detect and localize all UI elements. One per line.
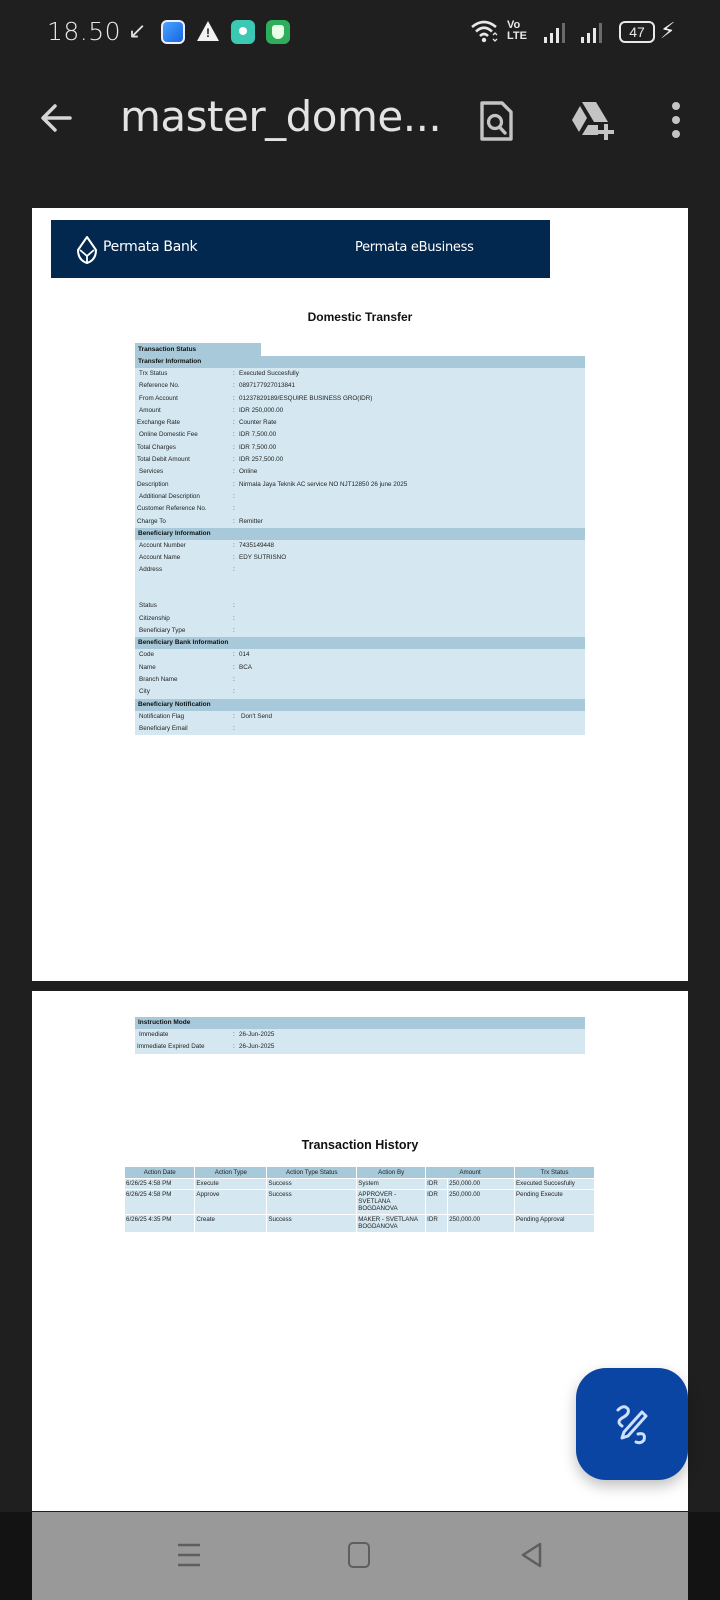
row-value: IDR 257,500.00 bbox=[239, 454, 283, 466]
section-header: Instruction Mode bbox=[135, 1017, 585, 1029]
nav-bar-edge bbox=[0, 1512, 32, 1600]
table-row: 6/26/25 4:58 PM Approve Success APPROVER… bbox=[125, 1189, 595, 1214]
info-row: Notification Flag:Don't Send bbox=[135, 711, 585, 723]
cell-amount: 250,000.00 bbox=[448, 1214, 515, 1232]
row-value: Online bbox=[239, 466, 257, 478]
cell-type-status: Success bbox=[267, 1189, 357, 1214]
info-row: Immediate Expired Date:26-Jun-2025 bbox=[135, 1041, 585, 1053]
section-header: Beneficiary Information bbox=[135, 528, 585, 540]
info-row: Trx Status:Executed Succesfully bbox=[135, 368, 585, 380]
info-row: Immediate:26-Jun-2025 bbox=[135, 1029, 585, 1041]
add-to-drive-icon[interactable] bbox=[568, 100, 616, 142]
row-label: City bbox=[139, 686, 150, 698]
row-value: Nirmala Jaya Teknik AC service NO NJT128… bbox=[239, 479, 407, 491]
info-row: Beneficiary Email: bbox=[135, 723, 585, 735]
missed-call-arrow-icon: ↙ bbox=[128, 18, 146, 44]
nav-bar-edge bbox=[688, 1512, 720, 1600]
cell-action-by: System bbox=[357, 1178, 426, 1189]
row-value: EDY SUTRISNO bbox=[239, 552, 286, 564]
battery-icon: 47 bbox=[619, 21, 655, 43]
info-row: Account Number:7435149448 bbox=[135, 540, 585, 552]
signal-icon bbox=[580, 22, 604, 44]
info-row: Address: bbox=[135, 564, 585, 600]
signal-icon bbox=[543, 22, 567, 44]
row-label: From Account bbox=[139, 393, 178, 405]
info-row: Charge To:Remitter bbox=[135, 516, 585, 528]
app-notification-icon bbox=[161, 20, 185, 44]
permata-leaf-logo-icon bbox=[75, 235, 99, 265]
info-row: Account Name:EDY SUTRISNO bbox=[135, 552, 585, 564]
pdf-page-1[interactable]: Permata Bank Permata eBusiness Domestic … bbox=[32, 208, 688, 981]
back-icon[interactable] bbox=[520, 1542, 544, 1568]
charging-bolt-icon: ⚡︎ bbox=[660, 18, 675, 44]
row-value: Executed Succesfully bbox=[239, 368, 299, 380]
info-row: Total Charges:IDR 7,500.00 bbox=[135, 442, 585, 454]
row-label: Immediate bbox=[139, 1029, 168, 1041]
cell-date: 6/26/25 4:58 PM bbox=[125, 1178, 195, 1189]
row-value: IDR 7,500.00 bbox=[239, 442, 276, 454]
info-row: Name:BCA bbox=[135, 662, 585, 674]
row-label: Account Name bbox=[139, 552, 180, 564]
cell-action-by: APPROVER - SVETLANA BOGDANOVA bbox=[357, 1189, 426, 1214]
cell-type-status: Success bbox=[267, 1178, 357, 1189]
table-header-row: Action Date Action Type Action Type Stat… bbox=[125, 1167, 595, 1178]
row-label: Beneficiary Email bbox=[139, 723, 188, 735]
row-label: Citizenship bbox=[139, 613, 170, 625]
info-row: City: bbox=[135, 686, 585, 698]
status-tab: Transaction Status bbox=[135, 343, 261, 356]
cell-type: Approve bbox=[195, 1189, 267, 1214]
row-value: 0897177927013841 bbox=[239, 380, 295, 392]
row-label: Customer Reference No. bbox=[137, 503, 207, 515]
row-label: Additional Description bbox=[139, 491, 200, 503]
cell-type: Create bbox=[195, 1214, 267, 1232]
row-value: BCA bbox=[239, 662, 252, 674]
row-label: Amount bbox=[139, 405, 161, 417]
info-row: Amount:IDR 250,000.00 bbox=[135, 405, 585, 417]
info-row: Branch Name: bbox=[135, 674, 585, 686]
document-title: master_dome... bbox=[120, 92, 441, 141]
info-row: Beneficiary Type: bbox=[135, 625, 585, 637]
row-label: Notification Flag bbox=[139, 711, 184, 723]
app-notification-icon bbox=[231, 20, 255, 44]
column-header: Trx Status bbox=[515, 1167, 595, 1178]
row-label: Status bbox=[139, 600, 157, 612]
info-block: Transfer Information Trx Status:Executed… bbox=[135, 356, 585, 735]
recent-apps-icon[interactable] bbox=[176, 1542, 202, 1568]
row-label: Account Number bbox=[139, 540, 186, 552]
table-row: 6/26/25 4:35 PM Create Success MAKER - S… bbox=[125, 1214, 595, 1232]
app-bar: master_dome... bbox=[0, 64, 720, 176]
annotate-pen-icon bbox=[608, 1400, 656, 1448]
row-label: Online Domestic Fee bbox=[139, 429, 198, 441]
info-row: Total Debit Amount:IDR 257,500.00 bbox=[135, 454, 585, 466]
row-label: Charge To bbox=[137, 516, 166, 528]
info-row: From Account:01237829189/ESQUIRE BUSINES… bbox=[135, 393, 585, 405]
info-block: Instruction Mode Immediate:26-Jun-2025 I… bbox=[135, 1017, 585, 1054]
cell-date: 6/26/25 4:58 PM bbox=[125, 1189, 195, 1214]
cell-currency: IDR bbox=[426, 1178, 448, 1189]
status-bar: 18.50 ↙ VoLTE 47 ⚡︎ bbox=[0, 0, 720, 64]
row-label: Branch Name bbox=[139, 674, 178, 686]
shield-app-icon bbox=[266, 20, 290, 44]
row-label: Exchange Rate bbox=[137, 417, 180, 429]
info-row: Online Domestic Fee:IDR 7,500.00 bbox=[135, 429, 585, 441]
pdf-viewer-screen: 18.50 ↙ VoLTE 47 ⚡︎ master_dome... bbox=[0, 0, 720, 1600]
row-value: 7435149448 bbox=[239, 540, 274, 552]
row-label: Name bbox=[139, 662, 156, 674]
info-row: Services:Online bbox=[135, 466, 585, 478]
row-value: IDR 7,500.00 bbox=[239, 429, 276, 441]
row-label: Total Debit Amount bbox=[137, 454, 190, 466]
more-vert-icon[interactable] bbox=[666, 100, 686, 140]
home-icon[interactable] bbox=[348, 1542, 370, 1568]
document-heading: Domestic Transfer bbox=[32, 310, 688, 324]
row-value: 26-Jun-2025 bbox=[239, 1041, 274, 1053]
row-label: Description bbox=[137, 479, 169, 491]
cell-currency: IDR bbox=[426, 1214, 448, 1232]
row-label: Code bbox=[139, 649, 154, 661]
section-header: Transfer Information bbox=[135, 356, 585, 368]
row-label: Trx Status bbox=[139, 368, 167, 380]
row-label: Reference No. bbox=[139, 380, 180, 392]
info-row: Description:Nirmala Jaya Teknik AC servi… bbox=[135, 479, 585, 491]
row-label: Beneficiary Type bbox=[139, 625, 185, 637]
row-value: IDR 250,000.00 bbox=[239, 405, 283, 417]
volte-label: LTE bbox=[507, 30, 527, 42]
column-header: Action Type bbox=[195, 1167, 267, 1178]
row-value: 014 bbox=[239, 649, 250, 661]
cell-trx-status: Pending Approval bbox=[515, 1214, 595, 1232]
volte-icon: VoLTE bbox=[507, 20, 527, 42]
row-label: Services bbox=[139, 466, 163, 478]
cell-date: 6/26/25 4:35 PM bbox=[125, 1214, 195, 1232]
info-row: Code:014 bbox=[135, 649, 585, 661]
cell-trx-status: Pending Execute bbox=[515, 1189, 595, 1214]
section-header: Beneficiary Notification bbox=[135, 699, 585, 711]
info-row: Exchange Rate:Counter Rate bbox=[135, 417, 585, 429]
table-row: 6/26/25 4:58 PM Execute Success System I… bbox=[125, 1178, 595, 1189]
cell-currency: IDR bbox=[426, 1189, 448, 1214]
info-row: Citizenship: bbox=[135, 613, 585, 625]
arrow-left-icon[interactable] bbox=[36, 98, 76, 138]
row-label: Address bbox=[139, 564, 162, 576]
cell-amount: 250,000.00 bbox=[448, 1189, 515, 1214]
row-value: Remitter bbox=[239, 516, 263, 528]
bank-name: Permata Bank bbox=[103, 239, 197, 255]
annotate-button[interactable] bbox=[576, 1368, 688, 1480]
cell-type: Execute bbox=[195, 1178, 267, 1189]
column-header: Amount bbox=[426, 1167, 515, 1178]
row-value: Don't Send bbox=[241, 711, 272, 723]
cell-type-status: Success bbox=[267, 1214, 357, 1232]
row-value: Counter Rate bbox=[239, 417, 276, 429]
column-header: Action By bbox=[357, 1167, 426, 1178]
row-value: 26-Jun-2025 bbox=[239, 1029, 274, 1041]
info-row: Additional Description: bbox=[135, 491, 585, 503]
info-row: Status: bbox=[135, 600, 585, 612]
system-nav-bar bbox=[32, 1512, 688, 1600]
bank-banner: Permata Bank Permata eBusiness bbox=[51, 220, 550, 278]
row-value: 01237829189/ESQUIRE BUSINESS GRO(IDR) bbox=[239, 393, 372, 405]
section-header: Beneficiary Bank Information bbox=[135, 637, 585, 649]
cell-trx-status: Executed Succesfully bbox=[515, 1178, 595, 1189]
cell-action-by: MAKER - SVETLANA BOGDANOVA bbox=[357, 1214, 426, 1232]
warning-icon bbox=[197, 21, 219, 41]
history-heading: Transaction History bbox=[32, 1138, 688, 1152]
search-in-document-icon[interactable] bbox=[478, 100, 514, 142]
column-header: Action Date bbox=[125, 1167, 195, 1178]
product-name: Permata eBusiness bbox=[355, 240, 474, 255]
wifi-icon bbox=[470, 18, 498, 44]
cell-amount: 250,000.00 bbox=[448, 1178, 515, 1189]
info-row: Reference No.:0897177927013841 bbox=[135, 380, 585, 392]
column-header: Action Type Status bbox=[267, 1167, 357, 1178]
row-label: Immediate Expired Date bbox=[137, 1041, 205, 1053]
clock: 18.50 bbox=[47, 17, 121, 46]
row-label: Total Charges bbox=[137, 442, 176, 454]
info-row: Customer Reference No.: bbox=[135, 503, 585, 515]
transaction-history-table: Action Date Action Type Action Type Stat… bbox=[125, 1167, 595, 1232]
